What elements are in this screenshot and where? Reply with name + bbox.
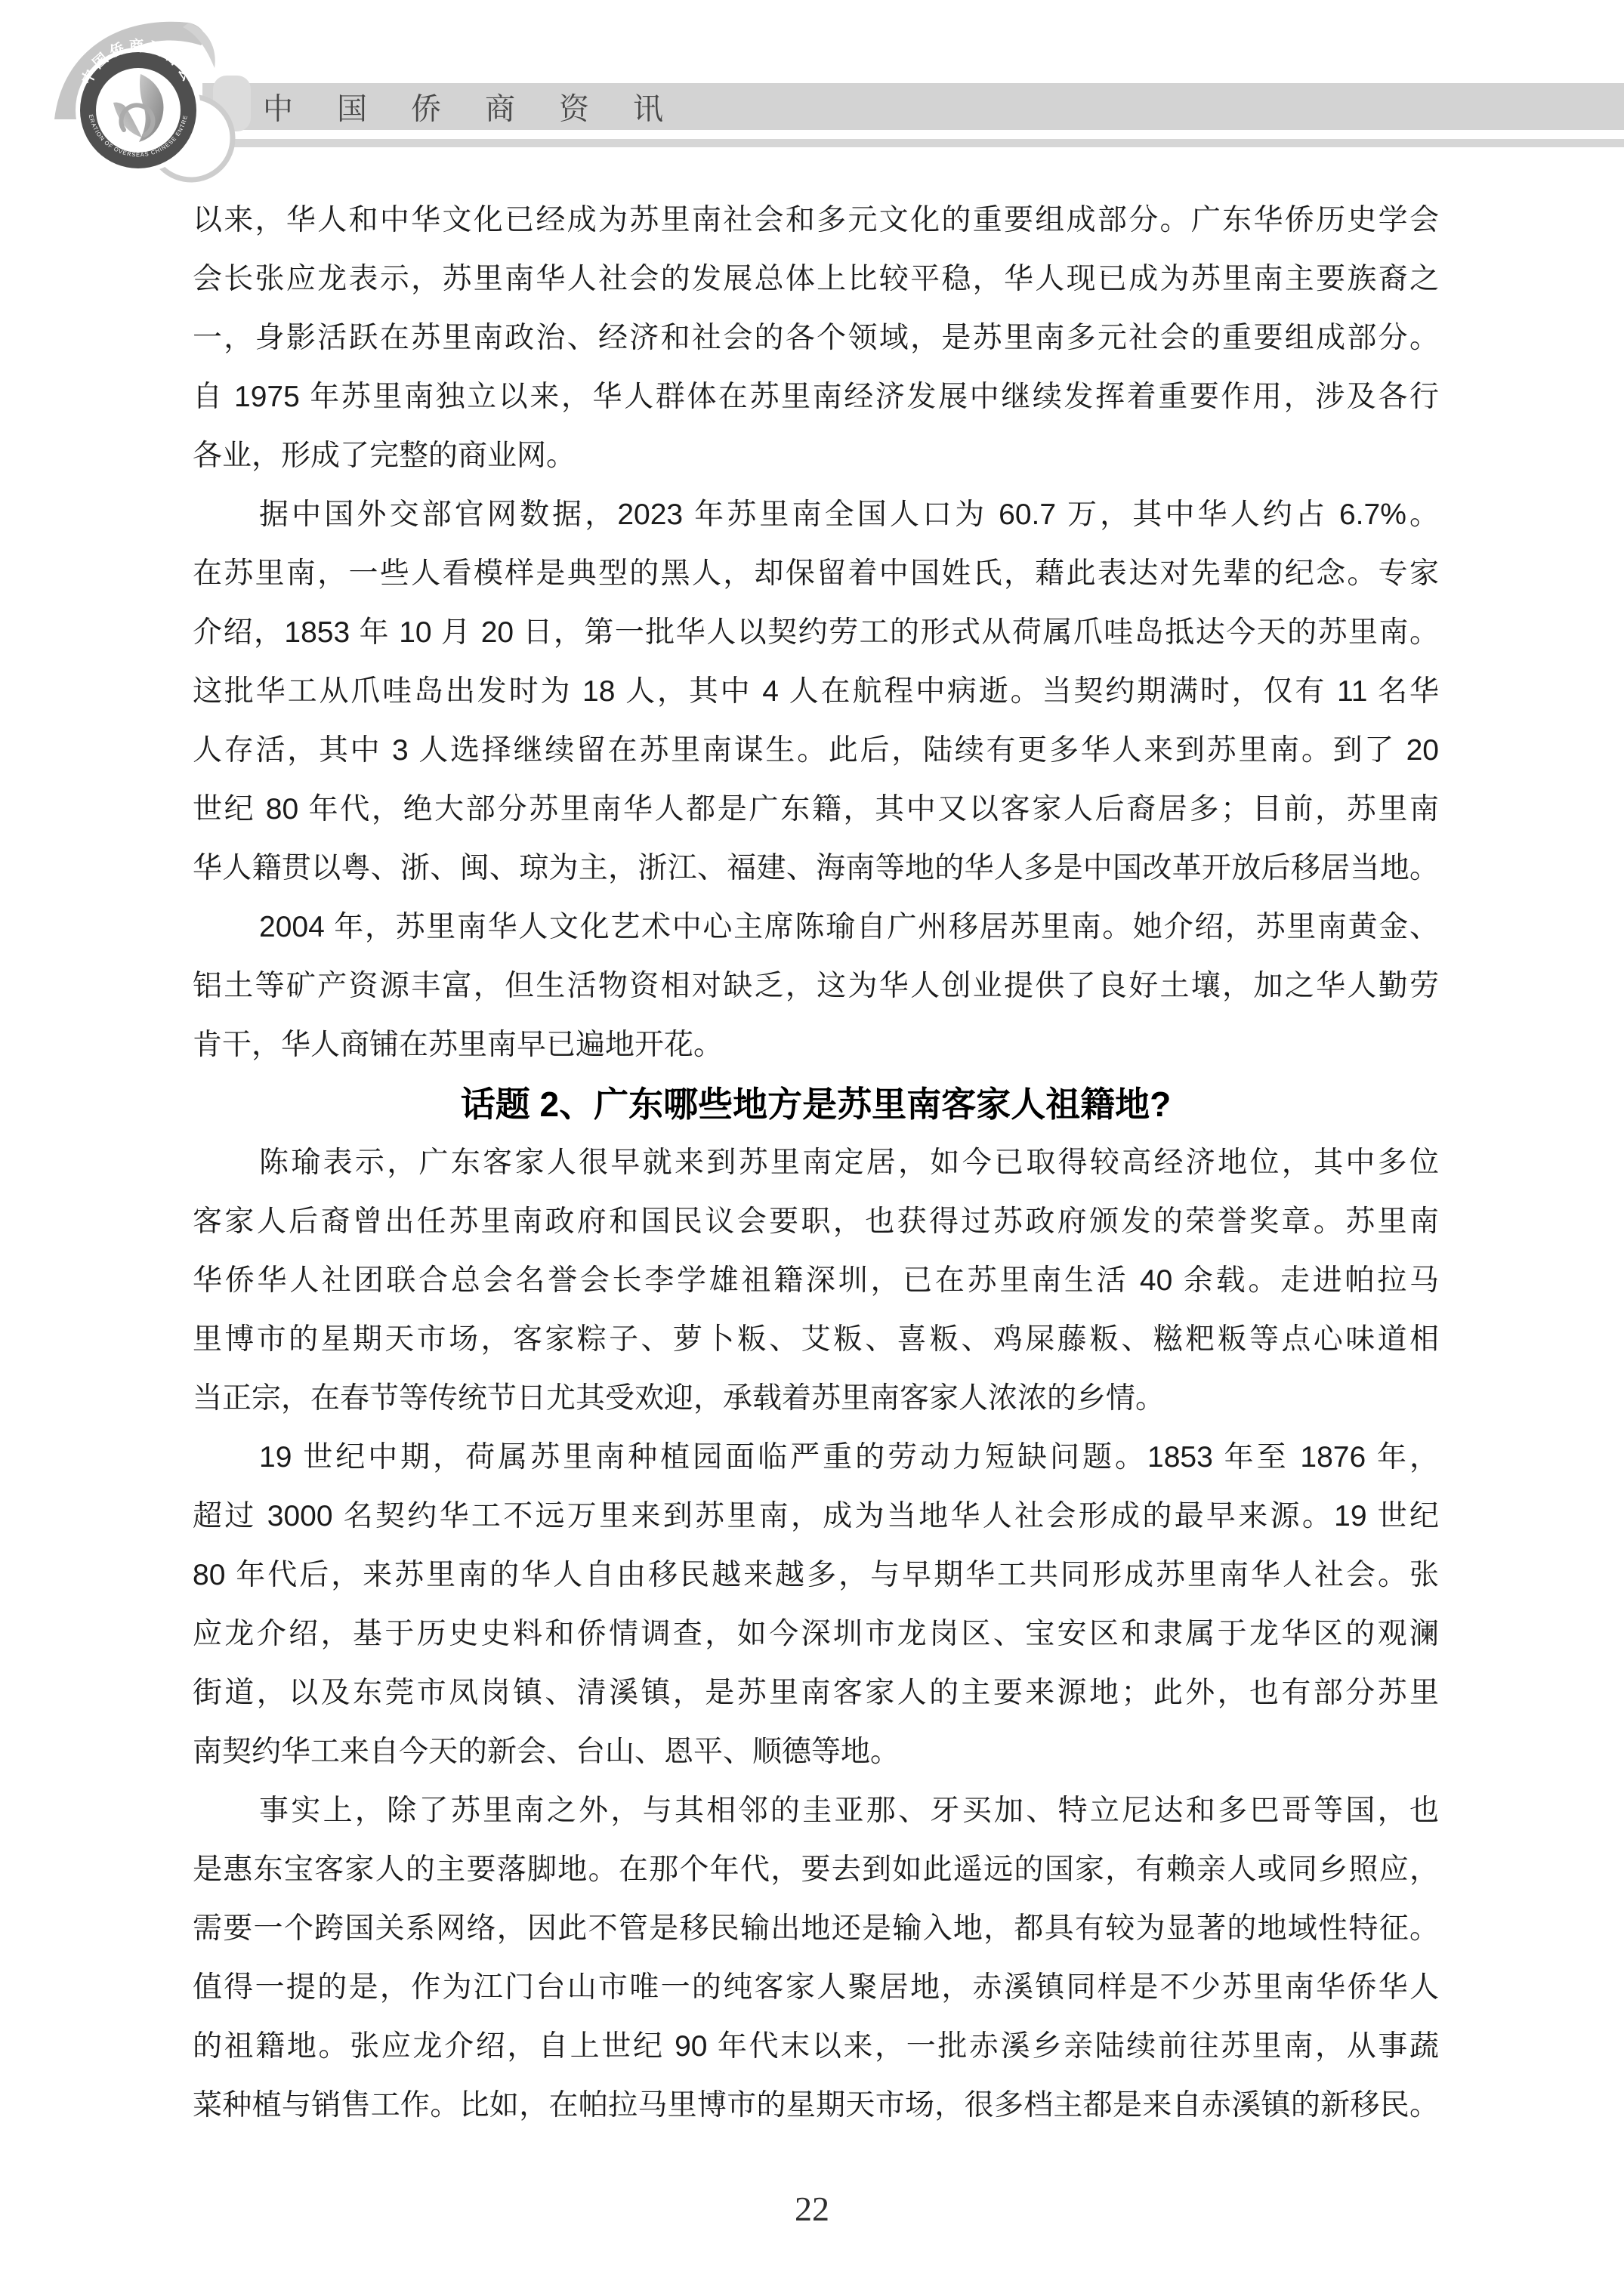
org-logo-emblem-icon: 中国侨商联合会 CHINA FEDERATION OF OVERSEAS CHI…: [39, 5, 251, 195]
text-line: 客家人后裔曾出任苏里南政府和国民议会要职，也获得过苏政府颁发的荣誉奖章。苏里南: [193, 1193, 1439, 1251]
text-line: 铝土等矿产资源丰富，但生活物资相对缺乏，这为华人创业提供了良好土壤，加之华人勤劳: [193, 957, 1439, 1016]
text-line: 当正宗，在春节等传统节日尤其受欢迎，承载着苏里南客家人浓浓的乡情。: [193, 1369, 1439, 1428]
text-line: 华侨华人社团联合总会名誉会长李学雄祖籍深圳，已在苏里南生活 40 余载。走进帕拉…: [193, 1251, 1439, 1310]
text-line: 南契约华工来自今天的新会、台山、恩平、顺德等地。: [193, 1723, 1439, 1782]
document-page: 中国侨商资讯: [0, 0, 1624, 2293]
text-line: 值得一提的是，作为江门台山市唯一的纯客家人聚居地，赤溪镇同样是不少苏里南华侨华人: [193, 1958, 1439, 2017]
section-heading: 话题 2、广东哪些地方是苏里南客家人祖籍地?: [193, 1075, 1439, 1134]
text-line: 菜种植与销售工作。比如，在帕拉马里博市的星期天市场，很多档主都是来自赤溪镇的新移…: [193, 2076, 1439, 2135]
text-line: 各业，形成了完整的商业网。: [193, 427, 1439, 486]
text-line: 陈瑜表示，广东客家人很早就来到苏里南定居，如今已取得较高经济地位，其中多位: [193, 1134, 1439, 1193]
text-line: 会长张应龙表示，苏里南华人社会的发展总体上比较平稳，华人现已成为苏里南主要族裔之: [193, 250, 1439, 309]
text-line: 华人籍贯以粤、浙、闽、琼为主，浙江、福建、海南等地的华人多是中国改革开放后移居当…: [193, 839, 1439, 898]
text-line: 据中国外交部官网数据，2023 年苏里南全国人口为 60.7 万，其中华人约占 …: [193, 486, 1439, 545]
text-line: 需要一个跨国关系网络，因此不管是移民输出地还是输入地，都具有较为显著的地域性特征…: [193, 1900, 1439, 1958]
text-line: 应龙介绍，基于历史史料和侨情调查，如今深圳市龙岗区、宝安区和隶属于龙华区的观澜: [193, 1605, 1439, 1664]
text-line: 以来，华人和中华文化已经成为苏里南社会和多元文化的重要组成部分。广东华侨历史学会: [193, 191, 1439, 250]
page-number: 22: [0, 2189, 1624, 2229]
text-line: 这批华工从爪哇岛出发时为 18 人，其中 4 人在航程中病逝。当契约期满时，仅有…: [193, 662, 1439, 721]
text-line: 街道，以及东莞市凤岗镇、清溪镇，是苏里南客家人的主要来源地；此外，也有部分苏里: [193, 1664, 1439, 1723]
text-line: 肯干，华人商铺在苏里南早已遍地开花。: [193, 1016, 1439, 1075]
text-line: 2004 年，苏里南华人文化艺术中心主席陈瑜自广州移居苏里南。她介绍，苏里南黄金…: [193, 898, 1439, 957]
text-line: 世纪 80 年代，绝大部分苏里南华人都是广东籍，其中又以客家人后裔居多；目前，苏…: [193, 780, 1439, 839]
publication-title: 中国侨商资讯: [263, 85, 707, 128]
text-line: 是惠东宝客家人的主要落脚地。在那个年代，要去到如此遥远的国家，有赖亲人或同乡照应…: [193, 1841, 1439, 1900]
text-line: 人存活，其中 3 人选择继续留在苏里南谋生。此后，陆续有更多华人来到苏里南。到了…: [193, 721, 1439, 780]
emblem-inner-disc: [96, 68, 181, 153]
text-line: 80 年代后，来苏里南的华人自由移民越来越多，与早期华工共同形成苏里南华人社会。…: [193, 1546, 1439, 1605]
header-stripe: [202, 139, 1624, 147]
text-line: 在苏里南，一些人看模样是典型的黑人，却保留着中国姓氏，藉此表达对先辈的纪念。专家: [193, 545, 1439, 603]
org-logo: 中国侨商联合会 CHINA FEDERATION OF OVERSEAS CHI…: [39, 5, 251, 195]
header-banner-bar: 中国侨商资讯: [202, 83, 1624, 130]
text-line: 事实上，除了苏里南之外，与其相邻的圭亚那、牙买加、特立尼达和多巴哥等国，也: [193, 1782, 1439, 1841]
text-line: 一，身影活跃在苏里南政治、经济和社会的各个领域，是苏里南多元社会的重要组成部分。: [193, 309, 1439, 368]
text-line: 超过 3000 名契约华工不远万里来到苏里南，成为当地华人社会形成的最早来源。1…: [193, 1487, 1439, 1546]
text-line: 介绍，1853 年 10 月 20 日，第一批华人以契约劳工的形式从荷属爪哇岛抵…: [193, 603, 1439, 662]
text-line: 里博市的星期天市场，客家粽子、萝卜粄、艾粄、喜粄、鸡屎藤粄、糍粑粄等点心味道相: [193, 1310, 1439, 1369]
logo-swoosh-tail-shape: [183, 23, 215, 68]
article-body: 以来，华人和中华文化已经成为苏里南社会和多元文化的重要组成部分。广东华侨历史学会…: [193, 191, 1439, 2135]
text-line: 的祖籍地。张应龙介绍，自上世纪 90 年代末以来，一批赤溪乡亲陆续前往苏里南，从…: [193, 2017, 1439, 2076]
text-line: 19 世纪中期，荷属苏里南种植园面临严重的劳动力短缺问题。1853 年至 187…: [193, 1428, 1439, 1487]
text-line: 自 1975 年苏里南独立以来，华人群体在苏里南经济发展中继续发挥着重要作用，涉…: [193, 368, 1439, 427]
